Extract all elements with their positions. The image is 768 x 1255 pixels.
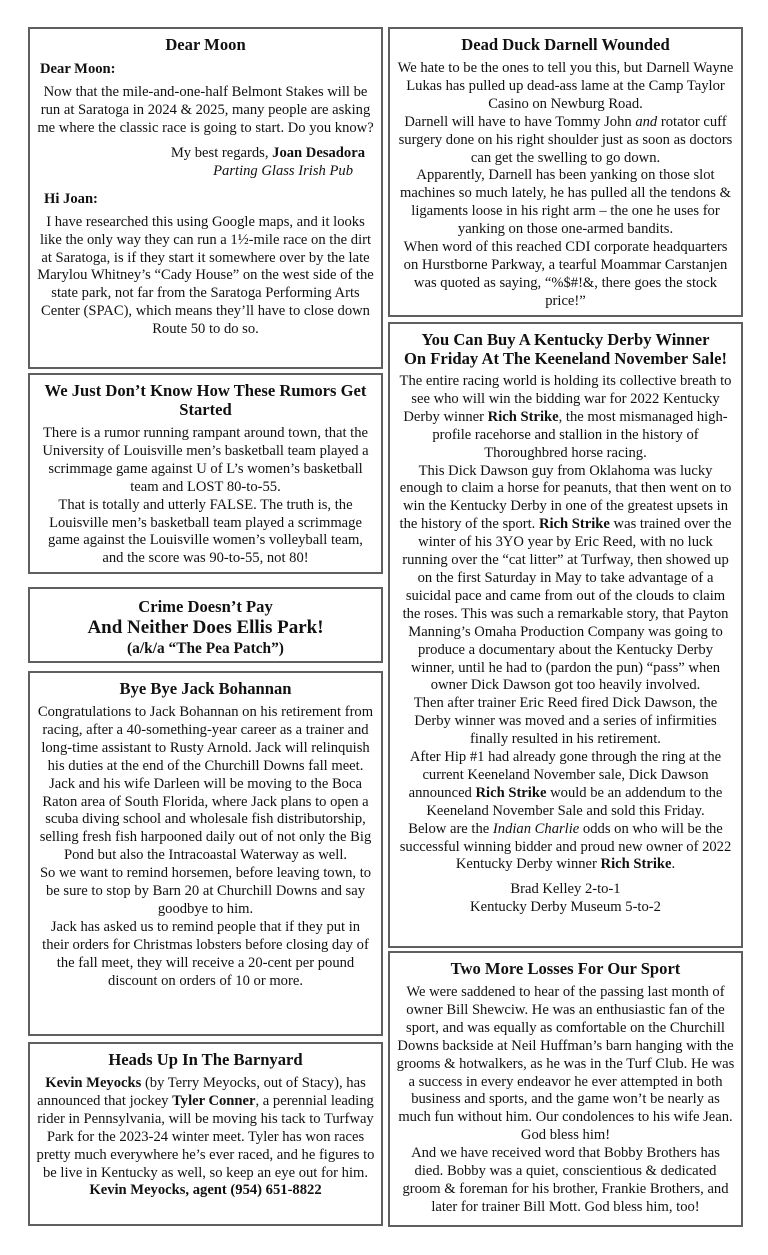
agent-name: Kevin Meyocks [45,1075,141,1091]
article-title: Heads Up In The Barnyard [36,1050,375,1069]
article-body: The entire racing world is holding its c… [396,373,735,917]
reply-body: I have researched this using Google maps… [36,214,375,339]
letter-signoff: My best regards, Joan Desadora Parting G… [36,144,365,180]
paragraph: Kevin Meyocks (by Terry Meyocks, out of … [36,1075,375,1182]
article-body: There is a rumor running rampant around … [36,425,375,568]
odds-item: Brad Kelley 2-to-1 [396,881,735,899]
article-body: Congratulations to Jack Bohannan on his … [36,704,375,991]
article-crime: Crime Doesn’t Pay And Neither Does Ellis… [28,587,383,663]
horse-name: Rich Strike [539,516,610,532]
article-title: Dear Moon [36,35,375,54]
paragraph: There is a rumor running rampant around … [36,425,375,497]
article-rumors: We Just Don’t Know How These Rumors Get … [28,373,383,574]
jockey-name: Tyler Conner [172,1093,255,1109]
paragraph: After Hip #1 had already gone through th… [396,749,735,821]
odds-list: Brad Kelley 2-to-1 Kentucky Derby Museum… [396,881,735,917]
paragraph: Apparently, Darnell has been yanking on … [396,167,735,239]
headline-line-1: Crime Doesn’t Pay [36,597,375,617]
article-derby-sale: You Can Buy A Kentucky Derby Winner On F… [388,322,743,948]
article-body: Kevin Meyocks (by Terry Meyocks, out of … [36,1075,375,1200]
paragraph: Then after trainer Eric Reed fired Dick … [396,695,735,749]
paragraph: Congratulations to Jack Bohannan on his … [36,704,375,776]
text-run: Darnell will have to have Tommy John [404,114,635,130]
paragraph: So we want to remind horsemen, before le… [36,865,375,919]
headline-line-3: (a/k/a “The Pea Patch”) [36,639,375,659]
agent-contact: Kevin Meyocks, agent (954) 651-8822 [36,1182,375,1200]
paragraph: Darnell will have to have Tommy John and… [396,114,735,168]
article-body: We were saddened to hear of the passing … [396,984,735,1217]
article-title: Dead Duck Darnell Wounded [396,35,735,54]
paragraph: When word of this reached CDI corporate … [396,239,735,311]
letter-salutation: Dear Moon: [40,60,375,78]
headline-line-2: And Neither Does Ellis Park! [36,617,375,639]
paragraph: And we have received word that Bobby Bro… [396,1145,735,1217]
paragraph: Below are the Indian Charlie odds on who… [396,821,735,875]
letter-body: Now that the mile-and-one-half Belmont S… [36,84,375,138]
text-run: Below are the [408,821,493,837]
emphasis: and [635,114,657,130]
article-title: Bye Bye Jack Bohannan [36,679,375,698]
horse-name: Rich Strike [601,856,672,872]
signoff-venue: Parting Glass Irish Pub [36,162,353,180]
article-barnyard: Heads Up In The Barnyard Kevin Meyocks (… [28,1042,383,1226]
reply-salutation: Hi Joan: [44,190,375,208]
odds-item: Kentucky Derby Museum 5-to-2 [396,899,735,917]
text-run: was trained over the winter of his 3YO y… [402,516,731,693]
horse-name: Rich Strike [476,785,547,801]
contact-text: Kevin Meyocks, agent (954) 651-8822 [89,1182,321,1198]
horse-name: Rich Strike [488,409,559,425]
text-run: . [671,856,675,872]
paragraph: We were saddened to hear of the passing … [396,984,735,1145]
signoff-name: Joan Desadora [272,145,365,161]
paragraph: Jack has asked us to remind people that … [36,919,375,991]
article-dear-moon: Dear Moon Dear Moon: Now that the mile-a… [28,27,383,369]
title-line-1: You Can Buy A Kentucky Derby Winner [396,330,735,349]
article-title: Two More Losses For Our Sport [396,959,735,978]
paragraph: Jack and his wife Darleen will be moving… [36,776,375,866]
article-title: We Just Don’t Know How These Rumors Get … [36,381,375,419]
paragraph: This Dick Dawson guy from Oklahoma was l… [396,463,735,696]
signoff-prefix: My best regards, [171,145,272,161]
paragraph: That is totally and utterly FALSE. The t… [36,497,375,569]
emphasis: Indian Charlie [493,821,579,837]
paragraph: We hate to be the ones to tell you this,… [396,60,735,114]
title-line-2: On Friday At The Keeneland November Sale… [396,349,735,368]
article-dead-duck: Dead Duck Darnell Wounded We hate to be … [388,27,743,317]
paragraph: The entire racing world is holding its c… [396,373,735,463]
article-body: We hate to be the ones to tell you this,… [396,60,735,311]
article-bohannan: Bye Bye Jack Bohannan Congratulations to… [28,671,383,1036]
article-losses: Two More Losses For Our Sport We were sa… [388,951,743,1227]
article-title: You Can Buy A Kentucky Derby Winner On F… [396,330,735,368]
